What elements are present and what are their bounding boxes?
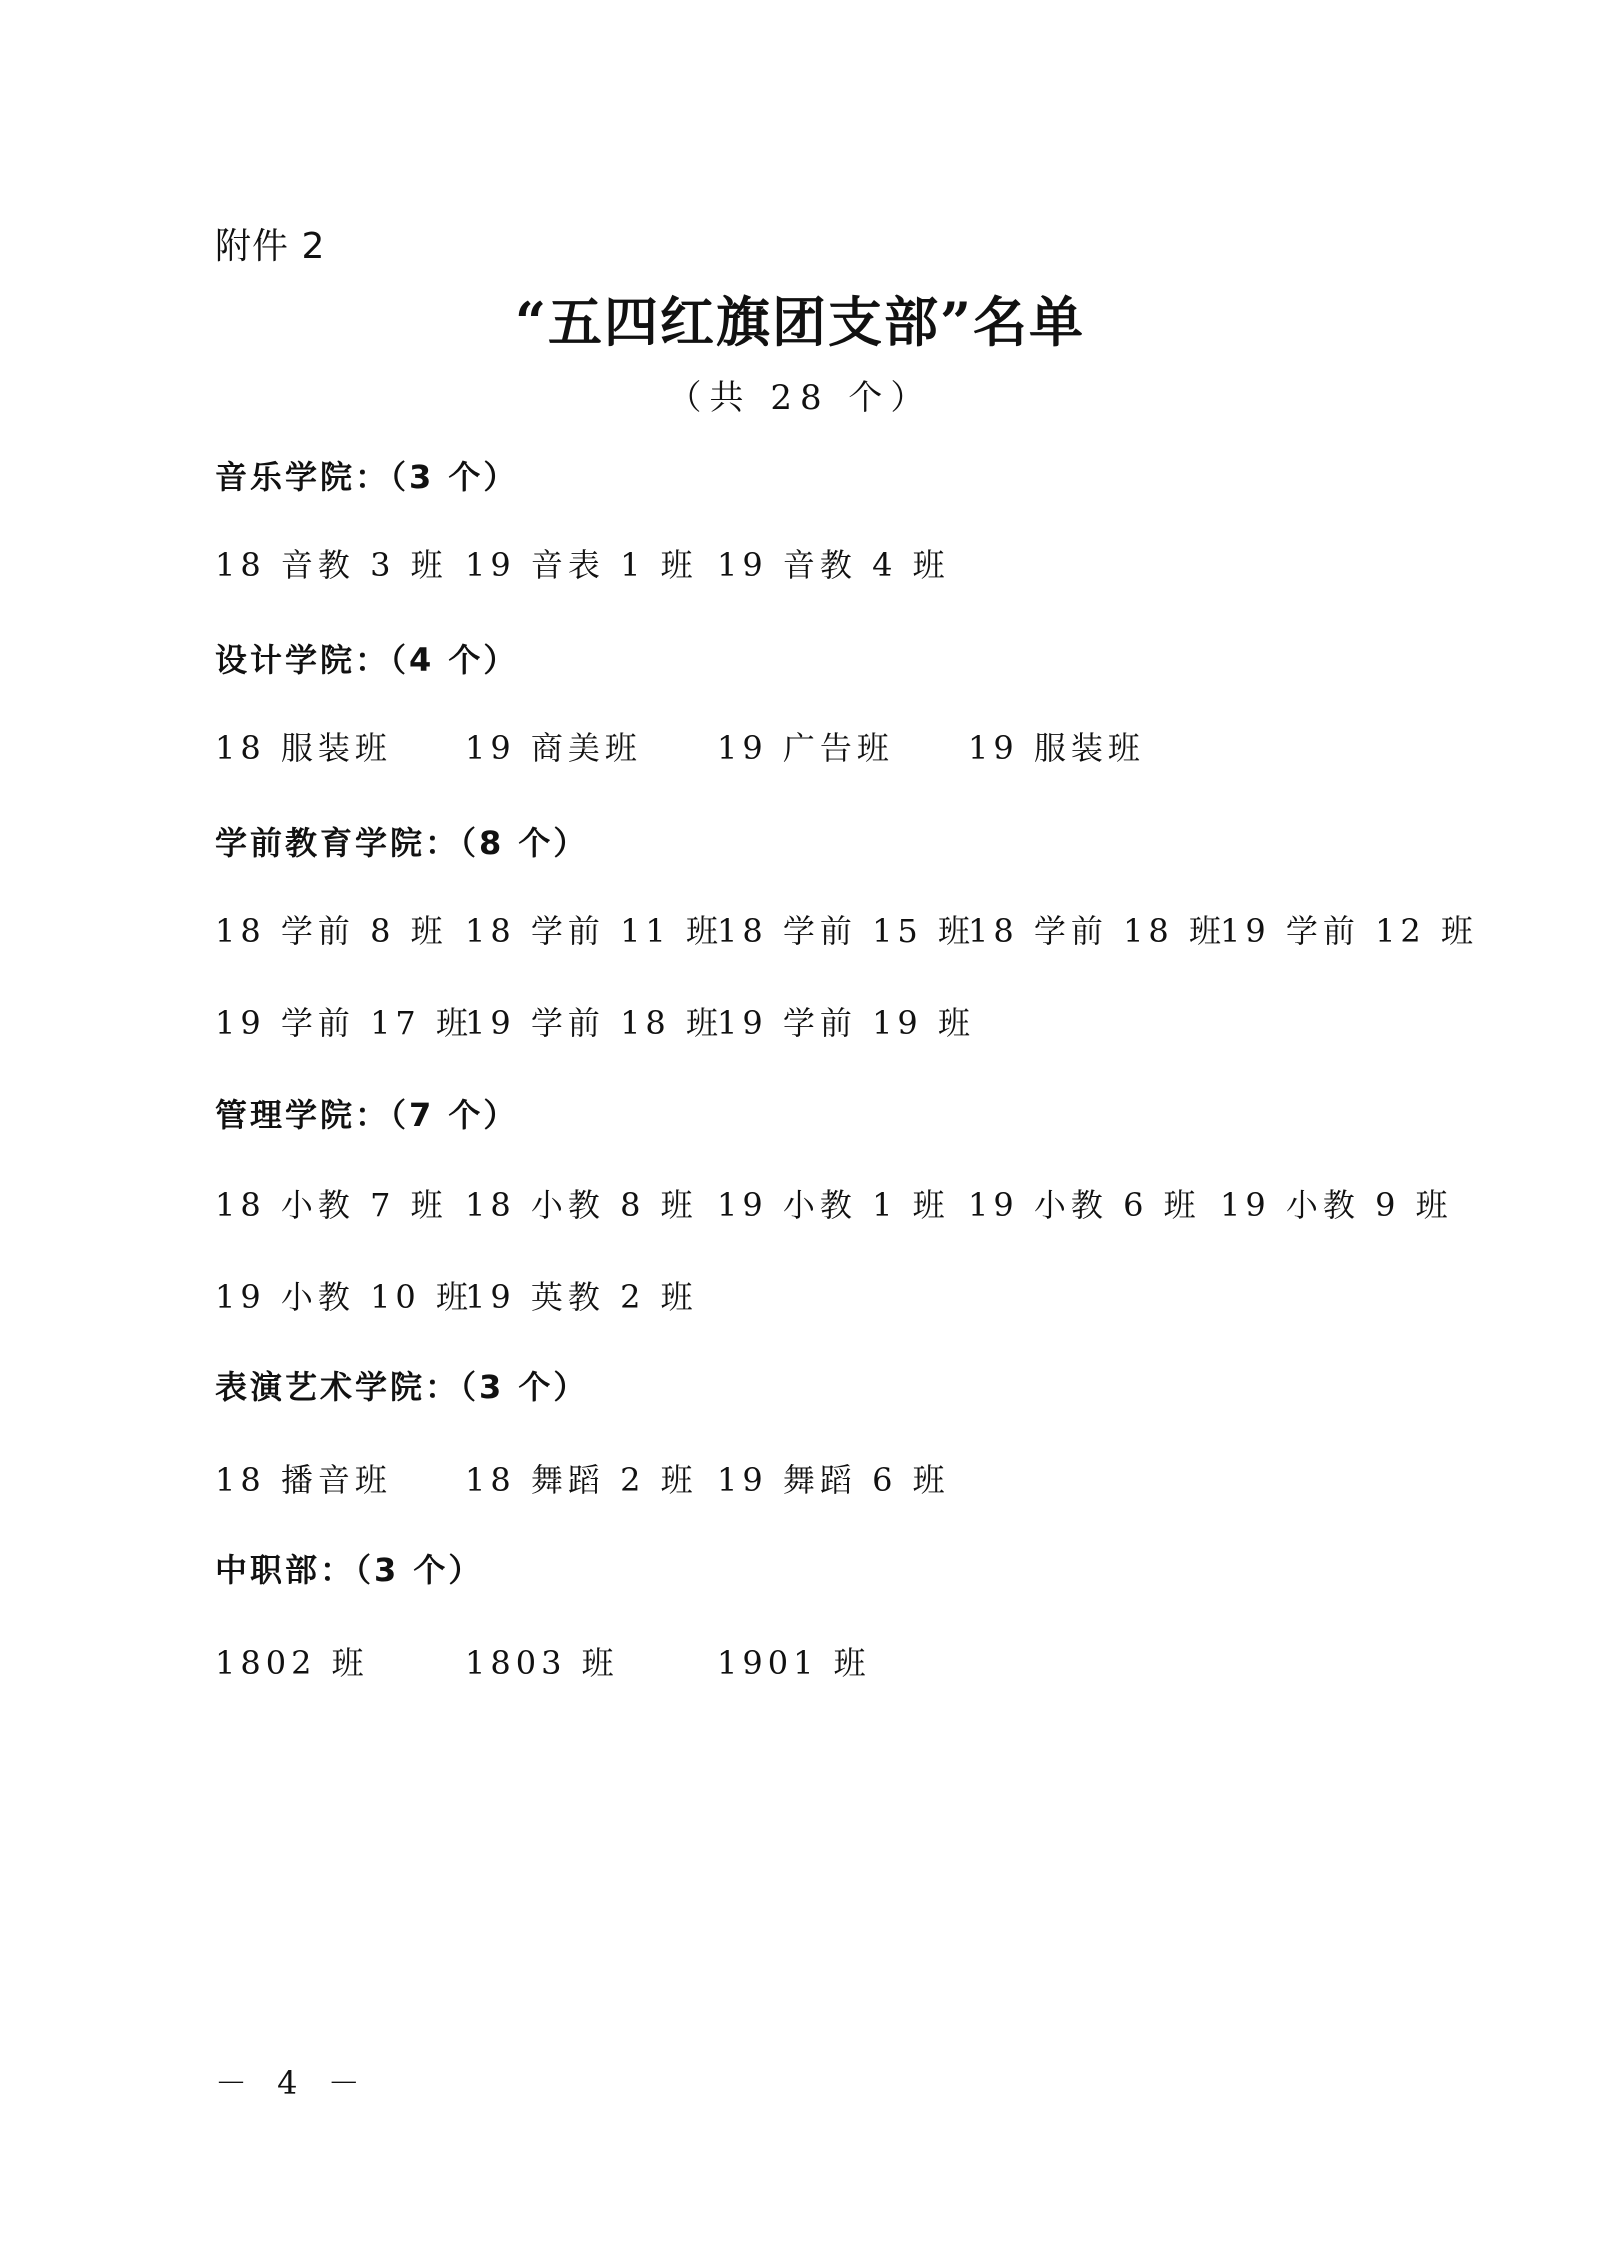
class-item: 19 音表 1 班: [465, 540, 698, 586]
class-item: 18 小教 7 班: [215, 1180, 448, 1226]
class-row: 1802 班 1803 班 1901 班: [215, 1638, 1515, 1682]
class-item: 1901 班: [717, 1638, 871, 1684]
class-row: 18 小教 7 班 18 小教 8 班 19 小教 1 班 19 小教 6 班 …: [215, 1180, 1515, 1224]
class-item: 19 商美班: [465, 723, 642, 769]
class-item: 19 学前 18 班: [465, 998, 723, 1044]
page-number: － 4 －: [215, 2058, 370, 2104]
class-item: 19 英教 2 班: [465, 1272, 698, 1318]
class-item: 19 音教 4 班: [717, 540, 950, 586]
section-heading-design: 设计学院：（4 个）: [215, 635, 518, 681]
section-heading-music: 音乐学院：（3 个）: [215, 452, 518, 498]
class-item: 19 服装班: [968, 723, 1145, 769]
class-item: 19 学前 17 班: [215, 998, 473, 1044]
class-row: 18 播音班 18 舞蹈 2 班 19 舞蹈 6 班: [215, 1455, 1515, 1499]
document-title: “五四红旗团支部”名单: [0, 280, 1600, 357]
section-heading-management: 管理学院：（7 个）: [215, 1090, 518, 1136]
section-heading-performing-arts: 表演艺术学院：（3 个）: [215, 1362, 588, 1408]
class-row: 18 服装班 19 商美班 19 广告班 19 服装班: [215, 723, 1515, 767]
section-heading-vocational: 中职部：（3 个）: [215, 1545, 483, 1591]
class-item: 18 学前 15 班: [717, 906, 975, 952]
document-subtitle: （共 28 个）: [0, 370, 1600, 419]
class-item: 19 小教 9 班: [1220, 1180, 1453, 1226]
class-item: 19 学前 19 班: [717, 998, 975, 1044]
class-item: 18 服装班: [215, 723, 392, 769]
class-item: 1803 班: [465, 1638, 619, 1684]
section-heading-preschool: 学前教育学院：（8 个）: [215, 818, 588, 864]
class-item: 19 舞蹈 6 班: [717, 1455, 950, 1501]
class-item: 18 学前 18 班: [968, 906, 1226, 952]
class-item: 18 学前 8 班: [215, 906, 448, 952]
class-item: 19 小教 6 班: [968, 1180, 1201, 1226]
class-item: 1802 班: [215, 1638, 369, 1684]
class-row: 19 学前 17 班 19 学前 18 班 19 学前 19 班: [215, 998, 1515, 1042]
class-item: 18 学前 11 班: [465, 906, 723, 952]
class-item: 18 小教 8 班: [465, 1180, 698, 1226]
class-item: 18 舞蹈 2 班: [465, 1455, 698, 1501]
class-row: 18 学前 8 班 18 学前 11 班 18 学前 15 班 18 学前 18…: [215, 906, 1515, 950]
class-item: 19 小教 10 班: [215, 1272, 473, 1318]
class-item: 18 音教 3 班: [215, 540, 448, 586]
class-row: 18 音教 3 班 19 音表 1 班 19 音教 4 班: [215, 540, 1515, 584]
class-item: 19 学前 12 班: [1220, 906, 1478, 952]
class-item: 19 小教 1 班: [717, 1180, 950, 1226]
class-row: 19 小教 10 班 19 英教 2 班: [215, 1272, 1515, 1316]
class-item: 18 播音班: [215, 1455, 392, 1501]
attachment-label: 附件 2: [215, 218, 325, 269]
class-item: 19 广告班: [717, 723, 894, 769]
